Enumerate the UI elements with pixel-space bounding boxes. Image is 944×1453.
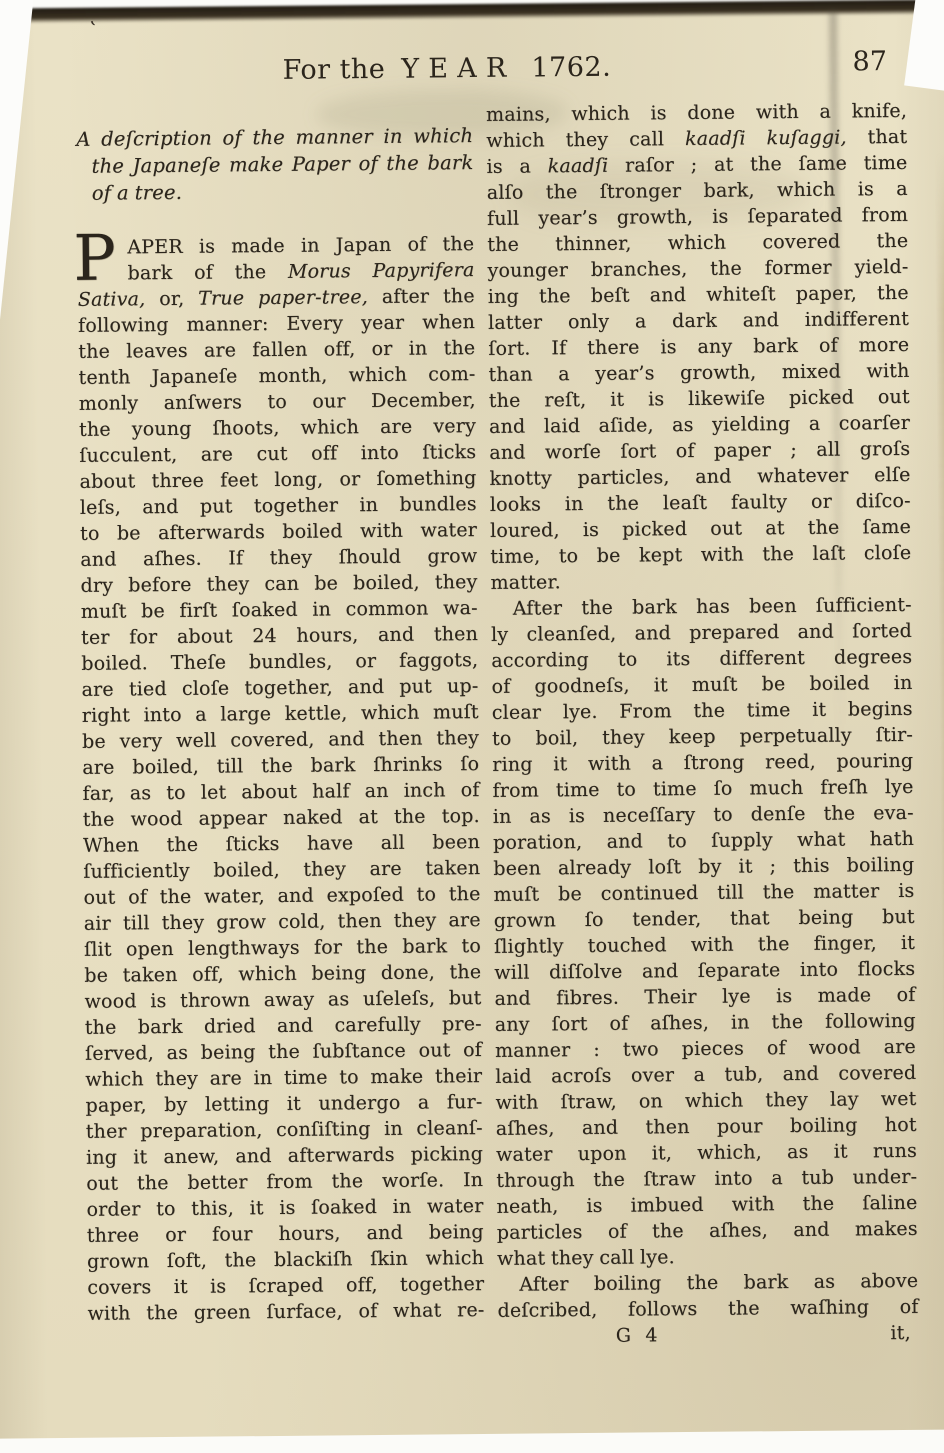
text-line: rightintoalargekettle,whichmuſt <box>82 699 479 729</box>
text-line: drybeforetheycanbeboiled,they <box>80 569 477 599</box>
text-line: ingthebeſtandwhiteſtpaper,the <box>488 280 909 310</box>
text-line: grownſotender,thatbeingbut <box>494 904 915 934</box>
text-line: airtilltheygrowcold,thentheyare <box>84 907 481 937</box>
text-line: mains,whichisdonewithaknife, <box>486 98 907 128</box>
text-line: whattheycalllye. <box>497 1242 918 1272</box>
scanner-background-corner <box>0 0 35 398</box>
text-line: andfibres.Theirlyeismadeof <box>494 982 915 1012</box>
text-line: whichtheycallkaadſikuſaggi,that <box>486 124 907 154</box>
text-line: matter. <box>490 566 911 596</box>
text-line: paper,bylettingitundergoafur- <box>85 1089 482 1119</box>
left-text-column: AdeſcriptionofthemannerinwhichtheJapaneſ… <box>76 122 485 1327</box>
text-line: theyoungſhoots,whicharevery <box>79 413 476 443</box>
text-line: ſerved,asbeingtheſubſtanceoutof <box>85 1037 482 1067</box>
text-line: coversitisſcrapedoff,together <box>87 1271 484 1301</box>
text-line: withſtraw,onwhichtheylaywet <box>495 1086 916 1116</box>
text-line: thereſt,itislikewiſepickedout <box>489 384 910 414</box>
text-line: poration,andtoſupplywhathath <box>493 826 914 856</box>
paragraph: Afterthebarkhasbeenſufficient-lycleanſed… <box>491 592 918 1272</box>
text-line: areboiled,tillthebarkſhrinksſo <box>82 751 479 781</box>
text-line: boiled.Theſebundles,orfaggots, <box>81 647 478 677</box>
text-line: outthebetterfromtheworſe.In <box>86 1167 483 1197</box>
text-line: deſcribed,followsthewaſhingof <box>497 1294 918 1324</box>
text-line: Whentheſtickshaveallbeen <box>83 829 480 859</box>
text-line: thewoodappearnakedatthetop. <box>83 803 480 833</box>
text-line: Adeſcriptionofthemannerinwhich <box>76 122 473 153</box>
text-line: inasisneceſſarytodenſetheeva- <box>493 800 914 830</box>
text-line: andaſhes.Iftheyſhouldgrow <box>80 543 477 573</box>
text-line: ofatree. <box>77 176 474 207</box>
running-header: For the YEAR 1762. <box>282 52 611 86</box>
book-fore-edge <box>934 151 944 1433</box>
text-line: youngerbranches,theformeryield- <box>487 254 908 284</box>
text-line: followingmanner:Everyyearwhen <box>78 309 475 339</box>
text-line: aretiedcloſetogether,andputup- <box>81 673 478 703</box>
text-line: andworſeſortofpaper;allgroſs <box>489 436 910 466</box>
text-line: outofthewater,andexpoſedtothe <box>83 881 480 911</box>
paragraph: Afterboilingthebarkasabovedeſcribed,foll… <box>497 1268 918 1324</box>
text-line: theleavesarefallenoff,orinthe <box>78 335 475 365</box>
text-line: beenalreadyloſtbyit;thisboiling <box>493 852 914 882</box>
text-line: loured,ispickedoutattheſame <box>490 514 911 544</box>
text-line: ſucculent,arecutoffintoſticks <box>79 439 476 469</box>
text-line: muſtbecontinuedtillthematteris <box>493 878 914 908</box>
page-footer-line: G 4 it, <box>498 1320 919 1350</box>
text-line: far,astoletabouthalfaninchof <box>82 777 479 807</box>
text-line: ſlightlytouchedwiththefinger,it <box>494 930 915 960</box>
text-line: tobeafterwardsboiledwithwater <box>80 517 477 547</box>
stray-ink-mark: ‛ <box>89 17 100 40</box>
text-line: neath,isimbuedwiththeſaline <box>496 1190 917 1220</box>
text-line: barkoftheMorusPapyrifera <box>77 257 474 287</box>
text-line: leſs,andputtogetherinbundles <box>80 491 477 521</box>
text-line: isakaadſiraſor;attheſametime <box>486 150 907 180</box>
text-line: ſlitopenlengthwaysforthebarkto <box>84 933 481 963</box>
text-line: thanayear’sgrowth,mixedwith <box>488 358 909 388</box>
text-line: terforabout24hours,andthen <box>81 621 478 651</box>
text-line: whichtheyareintimetomaketheir <box>85 1063 482 1093</box>
text-line: theJapaneſemakePaperofthebark <box>76 149 473 180</box>
text-line: latteronlyadarkandindifferent <box>488 306 909 336</box>
gathering-signature: G 4 <box>616 1322 662 1348</box>
text-line: laidacroſsoveratub,andcovered <box>495 1060 916 1090</box>
text-line: particlesoftheaſhes,andmakes <box>497 1216 918 1246</box>
text-line: beverywellcovered,andthenthey <box>82 725 479 755</box>
text-line: fromtimetotimeſomuchfreſhlye <box>492 774 913 804</box>
text-line: time,tobekeptwiththelaſtcloſe <box>490 540 911 570</box>
paragraph-body: APERismadeinJapanofthebarkoftheMorusPapy… <box>77 231 484 1327</box>
header-prefix: For the <box>282 54 385 86</box>
text-line: accordingtoitsdifferentdegrees <box>491 644 912 674</box>
header-year-word: YEAR <box>401 53 515 85</box>
text-line: betakenoff,whichbeingdone,the <box>84 959 481 989</box>
text-line: tenthJapaneſemonth,whichcom- <box>78 361 475 391</box>
text-line: wateruponit,which,asitruns <box>496 1138 917 1168</box>
text-line: anyſortofaſhes,inthefollowing <box>495 1008 916 1038</box>
text-line: looksintheleaſtfaultyordiſco- <box>490 488 911 518</box>
text-line: alſotheſtrongerbark,whichisa <box>487 176 908 206</box>
paragraph: mains,whichisdonewithaknife,whichtheycal… <box>486 98 912 596</box>
book-page: ‛ For the YEAR 1762. 87 Adeſcriptionofth… <box>0 1 944 1438</box>
text-line: threeorfourhours,andbeing <box>87 1219 484 1249</box>
text-line: ordertothis,itisſoakedinwater <box>86 1193 483 1223</box>
text-line: ringitwithaſtrongreed,pouring <box>492 748 913 778</box>
text-line: thebarkdriedandcarefullypre- <box>85 1011 482 1041</box>
text-line: ingitanew,andafterwardspicking <box>86 1141 483 1171</box>
scanned-book-page: ‛ For the YEAR 1762. 87 Adeſcriptionofth… <box>0 0 944 1453</box>
paragraph: P APERismadeinJapanofthebarkoftheMorusPa… <box>77 231 484 1327</box>
text-line: monlyanſwerstoourDecember, <box>79 387 476 417</box>
text-line: Sativa,or,Truepaper-tree,afterthe <box>78 283 475 313</box>
text-line: therpreparation,conſiſtingincleanſ- <box>86 1115 483 1145</box>
text-line: grownſoft,theblackiſhſkinwhich <box>87 1245 484 1275</box>
text-line: throughtheſtrawintoatubunder- <box>496 1164 917 1194</box>
text-line: Afterthebarkhasbeenſufficient- <box>491 592 912 622</box>
right-text-column: mains,whichisdonewithaknife,whichtheycal… <box>486 98 919 1350</box>
text-line: muſtbefirſtſoakedincommonwa- <box>81 595 478 625</box>
text-line: thethinner,whichcoveredthe <box>487 228 908 258</box>
text-line: aſhes,andthenpourboilinghot <box>496 1112 917 1142</box>
text-line: clearlye.Fromthetimeitbegins <box>492 696 913 726</box>
header-year-number: 1762. <box>531 52 611 84</box>
catchword: it, <box>890 1320 911 1346</box>
text-line: ofgoodneſs,itmuſtbeboiledin <box>491 670 912 700</box>
text-line: woodisthrownawayasuſeleſs,but <box>84 985 481 1015</box>
text-line: fullyear’sgrowth,isſeparatedfrom <box>487 202 908 232</box>
text-line: withthegreenſurface,ofwhatre- <box>87 1297 484 1327</box>
text-line: knottyparticles,andwhateverelſe <box>489 462 910 492</box>
text-line: toboil,theykeepperpetuallyſtir- <box>492 722 913 752</box>
text-line: aboutthreefeetlong,orſomething <box>79 465 476 495</box>
text-line: willdiſſolveandſeparateintoflocks <box>494 956 915 986</box>
text-line: lycleanſed,andpreparedandſorted <box>491 618 912 648</box>
text-line: andlaidaſide,asyieldingacoarſer <box>489 410 910 440</box>
text-line: APERismadeinJapanofthe <box>77 231 474 261</box>
page-number: 87 <box>852 46 887 77</box>
text-line: ſufficientlyboiled,theyaretaken <box>83 855 480 885</box>
section-heading: AdeſcriptionofthemannerinwhichtheJapaneſ… <box>76 122 474 207</box>
scanner-background-corner <box>904 0 944 96</box>
drop-cap-initial: P <box>73 231 116 285</box>
text-line: Afterboilingthebarkasabove <box>497 1268 918 1298</box>
text-line: manner:twopiecesofwoodare <box>495 1034 916 1064</box>
text-line: ſort.Ifthereisanybarkofmore <box>488 332 909 362</box>
